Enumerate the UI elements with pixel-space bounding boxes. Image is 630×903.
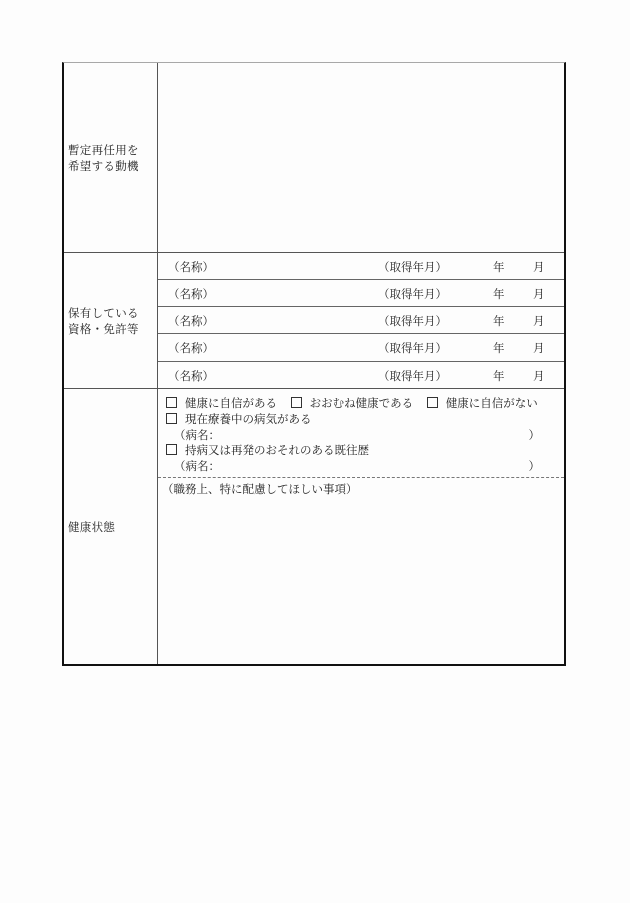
qualifications-label-line2: 資格・免許等 [68,321,139,337]
dashed-divider [158,477,564,478]
month-label: 月 [533,286,545,302]
disease-name-field-1[interactable]: （病名： [174,427,220,443]
month-label: 月 [533,313,545,329]
month-label: 月 [533,340,545,356]
qualification-name-label: （名称） [168,286,214,302]
option-chronic-history[interactable]: 持病又は再発のおそれのある既往歴 [166,442,369,458]
qualifications-label-line1: 保有している [68,305,139,321]
acquisition-date-label: （取得年月） [378,340,447,356]
qualification-entry[interactable]: （名称） （取得年月） 年 月 [158,253,564,280]
disease-name-label: （病名： [174,459,220,473]
acquisition-date-label: （取得年月） [378,313,447,329]
qualification-name-label: （名称） [168,259,214,275]
month-label: 月 [533,259,545,275]
year-label: 年 [493,340,505,356]
acquisition-date-label: （取得年月） [378,259,447,275]
motivation-label-line2: 希望する動機 [68,158,139,174]
checkbox-icon[interactable] [166,397,177,408]
motivation-label-line1: 暫定再任用を [68,142,139,158]
checkbox-icon[interactable] [166,413,177,424]
acquisition-date-label: （取得年月） [378,286,447,302]
year-label: 年 [493,313,505,329]
option-under-treatment[interactable]: 現在療養中の病気がある [166,411,312,427]
year-label: 年 [493,286,505,302]
considerations-input-area[interactable] [158,499,564,664]
year-label: 年 [493,368,505,384]
qualification-name-label: （名称） [168,340,214,356]
option-under-treatment-label: 現在療養中の病気がある [185,412,312,426]
option-confident[interactable]: 健康に自信がある [166,396,277,410]
close-paren: ） [529,427,541,443]
year-label: 年 [493,259,505,275]
month-label: 月 [533,368,545,384]
checkbox-icon[interactable] [166,444,177,455]
qualification-name-label: （名称） [168,368,214,384]
health-options-line: 健康に自信がある おおむね健康である 健康に自信がない [166,395,538,411]
option-confident-label: 健康に自信がある [185,396,277,410]
disease-name-label: （病名： [174,428,220,442]
qualifications-row: 保有している 資格・免許等 （名称） （取得年月） 年 月 （名称） （取得年月… [64,253,564,389]
motivation-label: 暫定再任用を 希望する動機 [64,63,158,252]
disease-name-field-2[interactable]: （病名： [174,458,220,474]
option-mostly-healthy[interactable]: おおむね健康である [291,396,414,410]
health-content: 健康に自信がある おおむね健康である 健康に自信がない 現在療養中の病気がある … [158,389,564,664]
option-chronic-history-label: 持病又は再発のおそれのある既往歴 [185,443,369,457]
considerations-label: （職務上、特に配慮してほしい事項） [162,481,358,497]
qualification-entry[interactable]: （名称） （取得年月） 年 月 [158,334,564,362]
checkbox-icon[interactable] [291,397,302,408]
motivation-input-area[interactable] [158,63,564,252]
application-form-table: 暫定再任用を 希望する動機 保有している 資格・免許等 （名称） （取得年月） … [62,62,566,666]
option-not-confident-label: 健康に自信がない [446,396,538,410]
health-label: 健康状態 [64,389,158,664]
motivation-row: 暫定再任用を 希望する動機 [64,63,564,253]
acquisition-date-label: （取得年月） [378,368,447,384]
qualification-entry[interactable]: （名称） （取得年月） 年 月 [158,362,564,389]
health-label-text: 健康状態 [68,519,115,535]
health-row: 健康状態 健康に自信がある おおむね健康である 健康に自信がない 現在療養中の病… [64,389,564,664]
qualification-entry[interactable]: （名称） （取得年月） 年 月 [158,307,564,334]
checkbox-icon[interactable] [427,397,438,408]
qualifications-list: （名称） （取得年月） 年 月 （名称） （取得年月） 年 月 （名称） （取得… [158,253,564,388]
option-not-confident[interactable]: 健康に自信がない [427,396,538,410]
qualifications-label: 保有している 資格・免許等 [64,253,158,388]
qualification-entry[interactable]: （名称） （取得年月） 年 月 [158,280,564,307]
option-mostly-healthy-label: おおむね健康である [310,396,414,410]
qualification-name-label: （名称） [168,313,214,329]
close-paren: ） [529,458,541,474]
